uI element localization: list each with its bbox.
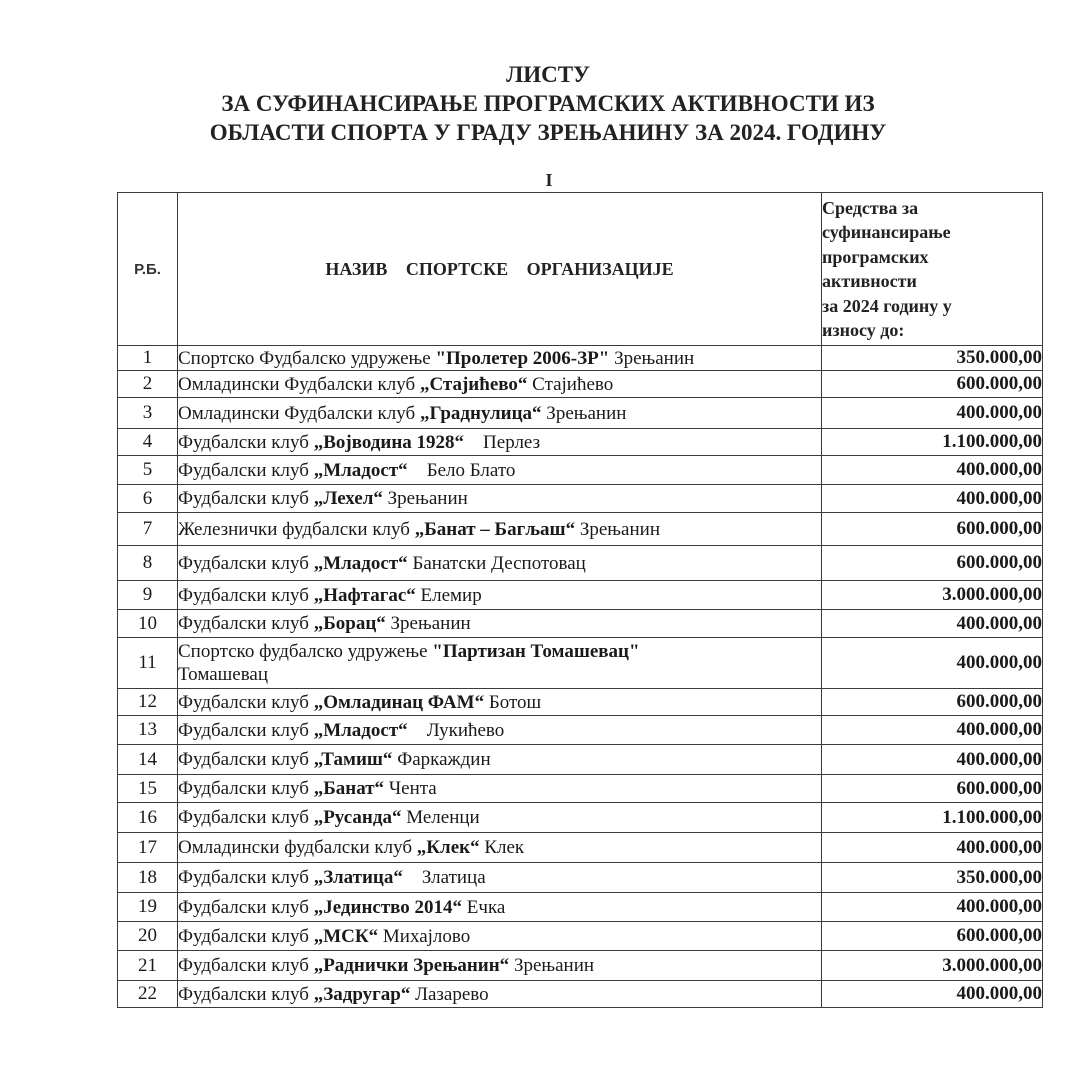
funding-amount: 600.000,00 — [822, 371, 1043, 398]
funding-amount: 1.100.000,00 — [822, 803, 1043, 833]
organization-type: Фудбалски клуб — [178, 720, 314, 741]
club-name: „Војводина 1928“ — [314, 432, 464, 453]
club-location: Лукићево — [408, 720, 505, 741]
table-row: 21Фудбалски клуб „Раднички Зрењанин“ Зре… — [118, 951, 1043, 981]
club-location: Зрењанин — [609, 348, 694, 369]
row-number: 11 — [118, 638, 178, 689]
club-name: „Јединство 2014“ — [314, 897, 462, 918]
table-row: 14Фудбалски клуб „Тамиш“ Фаркаждин400.00… — [118, 745, 1043, 775]
row-number: 21 — [118, 951, 178, 981]
organization-type: Фудбалски клуб — [178, 955, 314, 976]
club-name: „Младост“ — [314, 460, 408, 481]
title-line-1: ЛИСТУ — [0, 60, 1080, 89]
row-number: 10 — [118, 610, 178, 638]
row-number: 9 — [118, 581, 178, 610]
funding-amount: 400.000,00 — [822, 893, 1043, 922]
club-name: „Борац“ — [314, 613, 386, 634]
funding-amount: 400.000,00 — [822, 638, 1043, 689]
table-row: 9Фудбалски клуб „Нафтагас“ Елемир3.000.0… — [118, 581, 1043, 610]
organization-type: Фудбалски клуб — [178, 984, 314, 1005]
organization-name: Фудбалски клуб „МСК“ Михајлово — [178, 922, 822, 951]
organization-name: Фудбалски клуб „Лехел“ Зрењанин — [178, 485, 822, 513]
organization-type: Фудбалски клуб — [178, 867, 314, 888]
club-name: „Златица“ — [314, 867, 403, 888]
funding-amount: 3.000.000,00 — [822, 581, 1043, 610]
row-number: 4 — [118, 429, 178, 456]
club-location: Зрењанин — [575, 519, 660, 540]
club-location: Зрењанин — [383, 488, 468, 509]
organization-name: Фудбалски клуб „Младост“ Лукићево — [178, 716, 822, 745]
organization-name: Фудбалски клуб „Борац“ Зрењанин — [178, 610, 822, 638]
table-row: 20Фудбалски клуб „МСК“ Михајлово600.000,… — [118, 922, 1043, 951]
club-location: Лазарево — [410, 984, 488, 1005]
organization-name: Омладински Фудбалски клуб „Граднулица“ З… — [178, 398, 822, 429]
organization-type: Фудбалски клуб — [178, 553, 314, 574]
organization-type: Фудбалски клуб — [178, 460, 314, 481]
club-location: Зрењанин — [542, 403, 627, 424]
organization-type: Спортско фудбалско удружење — [178, 641, 432, 662]
funding-amount: 1.100.000,00 — [822, 429, 1043, 456]
club-location: Михајлово — [378, 926, 470, 947]
organization-type: Спортско Фудбалско удружење — [178, 348, 435, 369]
club-location: Бело Блато — [408, 460, 516, 481]
organization-type: Фудбалски клуб — [178, 488, 314, 509]
header-number: Р.Б. — [118, 193, 178, 346]
section-number: I — [0, 170, 1080, 191]
club-location: Томашевац — [178, 663, 821, 686]
club-location: Перлез — [464, 432, 540, 453]
club-location: Стајићево — [527, 374, 613, 395]
funding-amount: 400.000,00 — [822, 610, 1043, 638]
organization-type: Фудбалски клуб — [178, 926, 314, 947]
title-line-2: ЗА СУФИНАНСИРАЊЕ ПРОГРАМСКИХ АКТИВНОСТИ … — [0, 89, 1080, 118]
funding-amount: 400.000,00 — [822, 485, 1043, 513]
club-name: „Нафтагас“ — [314, 585, 416, 606]
funding-amount: 400.000,00 — [822, 456, 1043, 485]
club-name: „Лехел“ — [314, 488, 383, 509]
organization-name: Фудбалски клуб „Раднички Зрењанин“ Зрења… — [178, 951, 822, 981]
funding-amount: 350.000,00 — [822, 863, 1043, 893]
funding-amount: 600.000,00 — [822, 922, 1043, 951]
club-name: „Младост“ — [314, 720, 408, 741]
organization-type: Фудбалски клуб — [178, 807, 314, 828]
table-row: 13Фудбалски клуб „Младост“ Лукићево400.0… — [118, 716, 1043, 745]
organization-name: Фудбалски клуб „Банат“ Чента — [178, 775, 822, 803]
funding-amount: 400.000,00 — [822, 833, 1043, 863]
club-name: „Омладинац ФАМ“ — [314, 692, 484, 713]
organization-name: Фудбалски клуб „Јединство 2014“ Ечка — [178, 893, 822, 922]
table-row: 6Фудбалски клуб „Лехел“ Зрењанин400.000,… — [118, 485, 1043, 513]
club-location: Елемир — [416, 585, 482, 606]
funding-amount: 400.000,00 — [822, 716, 1043, 745]
organization-name: Фудбалски клуб „Војводина 1928“ Перлез — [178, 429, 822, 456]
funding-amount: 600.000,00 — [822, 513, 1043, 546]
header-amount: Средства за суфинансирање програмских ак… — [822, 193, 1043, 346]
row-number: 18 — [118, 863, 178, 893]
table-row: 12Фудбалски клуб „Омладинац ФАМ“ Ботош60… — [118, 689, 1043, 716]
table-header-row: Р.Б. НАЗИВ СПОРТСКЕ ОРГАНИЗАЦИЈЕ Средств… — [118, 193, 1043, 346]
row-number: 15 — [118, 775, 178, 803]
organization-name: Спортско фудбалско удружење "Партизан То… — [178, 638, 822, 689]
table-row: 17Омладински фудбалски клуб „Клек“ Клек4… — [118, 833, 1043, 863]
club-name: „Русанда“ — [314, 807, 402, 828]
funding-amount: 350.000,00 — [822, 346, 1043, 371]
club-location: Зрењанин — [509, 955, 594, 976]
club-location: Меленци — [401, 807, 479, 828]
table-row: 8Фудбалски клуб „Младост“ Банатски Деспо… — [118, 546, 1043, 581]
header-organization-name: НАЗИВ СПОРТСКЕ ОРГАНИЗАЦИЈЕ — [178, 193, 822, 346]
club-name: „Младост“ — [314, 553, 408, 574]
club-name: „Стајићево“ — [420, 374, 527, 395]
table-row: 18Фудбалски клуб „Златица“ Златица350.00… — [118, 863, 1043, 893]
table-row: 10Фудбалски клуб „Борац“ Зрењанин400.000… — [118, 610, 1043, 638]
title-line-3: ОБЛАСТИ СПОРТА У ГРАДУ ЗРЕЊАНИНУ ЗА 2024… — [0, 118, 1080, 147]
table-row: 1Спортско Фудбалско удружење "Пролетер 2… — [118, 346, 1043, 371]
club-location: Ечка — [462, 897, 505, 918]
organization-name: Фудбалски клуб „Младост“ Банатски Деспот… — [178, 546, 822, 581]
club-location: Златица — [403, 867, 486, 888]
club-name: „Клек“ — [417, 837, 480, 858]
table-row: 2Омладински Фудбалски клуб „Стајићево“ С… — [118, 371, 1043, 398]
row-number: 8 — [118, 546, 178, 581]
funding-amount: 400.000,00 — [822, 398, 1043, 429]
club-location: Клек — [480, 837, 525, 858]
table-row: 15Фудбалски клуб „Банат“ Чента600.000,00 — [118, 775, 1043, 803]
organization-name: Фудбалски клуб „Младост“ Бело Блато — [178, 456, 822, 485]
row-number: 3 — [118, 398, 178, 429]
club-name: "Пролетер 2006-ЗР" — [435, 348, 609, 369]
row-number: 19 — [118, 893, 178, 922]
table-row: 3Омладински Фудбалски клуб „Граднулица“ … — [118, 398, 1043, 429]
club-name: „Банат – Багљаш“ — [415, 519, 575, 540]
organization-type: Омладински Фудбалски клуб — [178, 403, 420, 424]
funding-amount: 400.000,00 — [822, 745, 1043, 775]
row-number: 14 — [118, 745, 178, 775]
organization-type: Омладински Фудбалски клуб — [178, 374, 420, 395]
club-name: „Банат“ — [314, 778, 384, 799]
funding-amount: 3.000.000,00 — [822, 951, 1043, 981]
row-number: 12 — [118, 689, 178, 716]
funding-amount: 600.000,00 — [822, 775, 1043, 803]
row-number: 22 — [118, 981, 178, 1008]
organization-type: Омладински фудбалски клуб — [178, 837, 417, 858]
row-number: 17 — [118, 833, 178, 863]
table-row: 11Спортско фудбалско удружење "Партизан … — [118, 638, 1043, 689]
club-location: Ботош — [484, 692, 541, 713]
organization-type: Фудбалски клуб — [178, 585, 314, 606]
row-number: 5 — [118, 456, 178, 485]
organization-name: Железнички фудбалски клуб „Банат – Багља… — [178, 513, 822, 546]
organization-type: Фудбалски клуб — [178, 692, 314, 713]
row-number: 1 — [118, 346, 178, 371]
document-title: ЛИСТУ ЗА СУФИНАНСИРАЊЕ ПРОГРАМСКИХ АКТИВ… — [0, 60, 1080, 147]
table-row: 22Фудбалски клуб „Задругар“ Лазарево400.… — [118, 981, 1043, 1008]
organization-type: Фудбалски клуб — [178, 778, 314, 799]
row-number: 7 — [118, 513, 178, 546]
row-number: 16 — [118, 803, 178, 833]
club-location: Чента — [384, 778, 437, 799]
club-name: „МСК“ — [314, 926, 378, 947]
organization-name: Омладински фудбалски клуб „Клек“ Клек — [178, 833, 822, 863]
club-location: Банатски Деспотовац — [408, 553, 586, 574]
organization-name: Фудбалски клуб „Тамиш“ Фаркаждин — [178, 745, 822, 775]
table-row: 16Фудбалски клуб „Русанда“ Меленци1.100.… — [118, 803, 1043, 833]
organization-name: Фудбалски клуб „Нафтагас“ Елемир — [178, 581, 822, 610]
row-number: 20 — [118, 922, 178, 951]
organization-name: Фудбалски клуб „Задругар“ Лазарево — [178, 981, 822, 1008]
funding-amount: 600.000,00 — [822, 689, 1043, 716]
organization-type: Фудбалски клуб — [178, 613, 314, 634]
organization-name: Фудбалски клуб „Златица“ Златица — [178, 863, 822, 893]
table-body: 1Спортско Фудбалско удружење "Пролетер 2… — [118, 346, 1043, 1008]
funding-table: Р.Б. НАЗИВ СПОРТСКЕ ОРГАНИЗАЦИЈЕ Средств… — [117, 192, 1043, 1008]
organization-type: Фудбалски клуб — [178, 897, 314, 918]
table-row: 7Железнички фудбалски клуб „Банат – Багљ… — [118, 513, 1043, 546]
organization-type: Железнички фудбалски клуб — [178, 519, 415, 540]
organization-type: Фудбалски клуб — [178, 749, 314, 770]
club-name: "Партизан Томашевац" — [432, 641, 639, 662]
club-name: „Раднички Зрењанин“ — [314, 955, 509, 976]
table-row: 19Фудбалски клуб „Јединство 2014“ Ечка40… — [118, 893, 1043, 922]
club-location: Зрењанин — [386, 613, 471, 634]
row-number: 13 — [118, 716, 178, 745]
table-row: 4Фудбалски клуб „Војводина 1928“ Перлез1… — [118, 429, 1043, 456]
funding-amount: 400.000,00 — [822, 981, 1043, 1008]
organization-name: Спортско Фудбалско удружење "Пролетер 20… — [178, 346, 822, 371]
organization-name: Фудбалски клуб „Омладинац ФАМ“ Ботош — [178, 689, 822, 716]
club-name: „Граднулица“ — [420, 403, 542, 424]
row-number: 2 — [118, 371, 178, 398]
club-name: „Тамиш“ — [314, 749, 393, 770]
organization-name: Фудбалски клуб „Русанда“ Меленци — [178, 803, 822, 833]
club-location: Фаркаждин — [392, 749, 490, 770]
club-name: „Задругар“ — [314, 984, 411, 1005]
table-row: 5Фудбалски клуб „Младост“ Бело Блато400.… — [118, 456, 1043, 485]
organization-type: Фудбалски клуб — [178, 432, 314, 453]
row-number: 6 — [118, 485, 178, 513]
funding-amount: 600.000,00 — [822, 546, 1043, 581]
organization-name: Омладински Фудбалски клуб „Стајићево“ Ст… — [178, 371, 822, 398]
